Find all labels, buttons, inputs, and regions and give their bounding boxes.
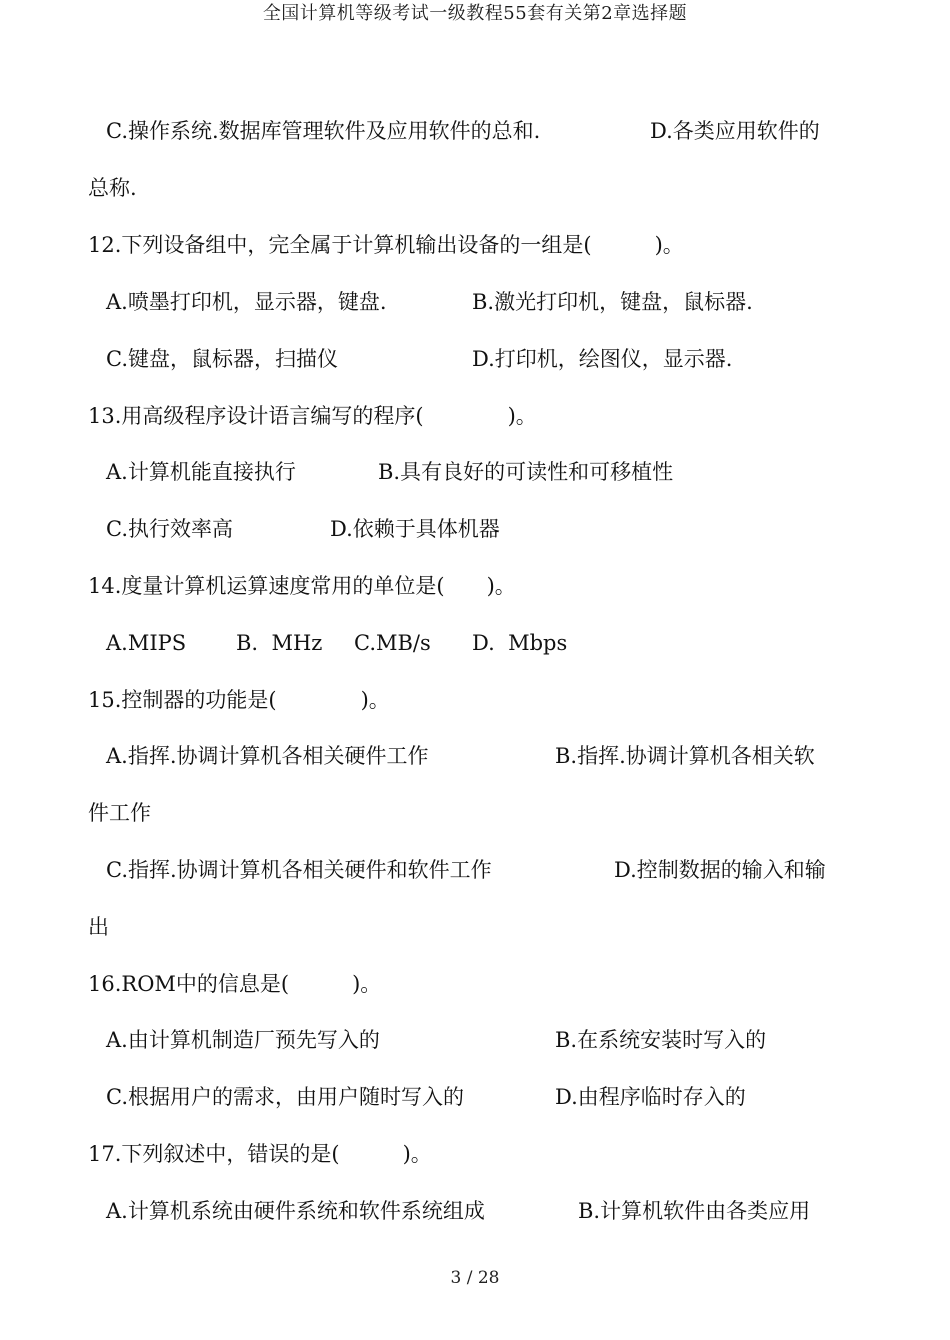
q12-option-c: C.键盘，鼠标器，扫描仪 (106, 344, 338, 374)
q16-option-a: A.由计算机制造厂预先写入的 (106, 1025, 380, 1055)
q11-option-d: D.各类应用软件的 (650, 116, 820, 146)
q15-stem: 15.控制器的功能是( )。 (88, 685, 390, 715)
q16-stem: 16.ROM中的信息是( )。 (88, 969, 381, 999)
q12-option-d: D.打印机，绘图仪，显示器. (472, 344, 732, 374)
q16-option-d: D.由程序临时存入的 (555, 1082, 746, 1112)
q14-stem: 14.度量计算机运算速度常用的单位是( )。 (88, 571, 516, 601)
q17-option-b: B.计算机软件由各类应用 (578, 1196, 810, 1226)
q12-option-b: B.激光打印机，键盘，鼠标器. (472, 287, 753, 317)
q15-option-b-continued: 件工作 (88, 798, 151, 828)
document-header-title: 全国计算机等级考试一级教程55套有关第2章选择题 (0, 2, 950, 26)
q11-option-c: C.操作系统.数据库管理软件及应用软件的总和. (106, 116, 540, 146)
q16-option-c: C.根据用户的需求，由用户随时写入的 (106, 1082, 464, 1112)
q13-option-b: B.具有良好的可读性和可移植性 (378, 457, 673, 487)
q15-option-a: A.指挥.协调计算机各相关硬件工作 (106, 741, 429, 771)
q17-stem: 17.下列叙述中，错误的是( )。 (88, 1139, 432, 1169)
q15-option-b: B.指挥.协调计算机各相关软 (555, 741, 815, 771)
q17-option-a: A.计算机系统由硬件系统和软件系统组成 (106, 1196, 485, 1226)
q14-option-b: B. MHz (236, 628, 322, 658)
q15-option-d: D.控制数据的输入和输 (614, 855, 826, 885)
q15-option-c: C.指挥.协调计算机各相关硬件和软件工作 (106, 855, 492, 885)
q13-option-c: C.执行效率高 (106, 514, 233, 544)
q12-option-a: A.喷墨打印机，显示器，键盘. (106, 287, 387, 317)
q12-stem: 12.下列设备组中，完全属于计算机输出设备的一组是( )。 (88, 230, 684, 260)
q14-option-a: A.MIPS (106, 628, 186, 658)
q11-option-d-continued: 总称. (88, 173, 137, 203)
page-indicator: 3 / 28 (0, 1266, 950, 1290)
q16-option-b: B.在系统安装时写入的 (555, 1025, 766, 1055)
q14-option-c: C.MB/s (354, 628, 431, 658)
q14-option-d: D. Mbps (472, 628, 567, 658)
q13-option-d: D.依赖于具体机器 (330, 514, 500, 544)
q13-option-a: A.计算机能直接执行 (106, 457, 296, 487)
q15-option-d-continued: 出 (88, 912, 109, 942)
q13-stem: 13.用高级程序设计语言编写的程序( )。 (88, 401, 537, 431)
